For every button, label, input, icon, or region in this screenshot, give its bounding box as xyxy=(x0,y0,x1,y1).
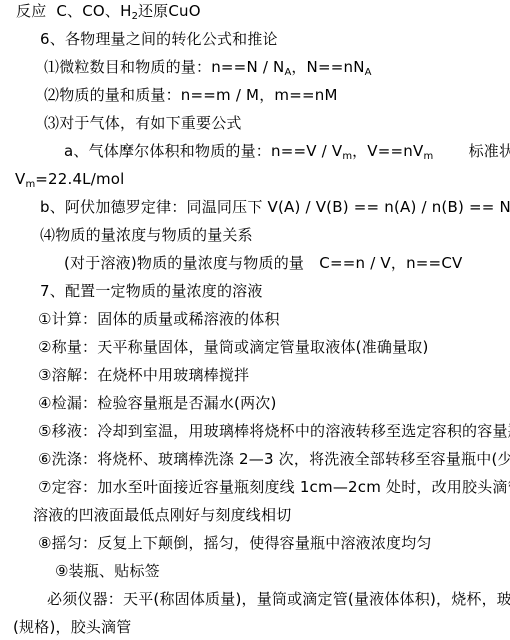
text-segment: ⑴微粒数目和物质的量：n==N / N xyxy=(44,58,284,76)
text-segment: ，N==nN xyxy=(291,58,364,76)
text-segment: 6、各物理量之间的转化公式和推论 xyxy=(40,30,278,48)
text-line: (对于溶液)物质的量浓度与物质的量 C==n / V，n==CV xyxy=(0,249,510,277)
text-segment: ③溶解：在烧杯中用玻璃棒搅拌 xyxy=(38,366,249,384)
text-segment: ⑨装瓶、贴标签 xyxy=(55,562,160,580)
subscript-text: m xyxy=(423,151,433,162)
text-line: ①计算：固体的质量或稀溶液的体积 xyxy=(0,305,510,333)
subscript-text: m xyxy=(342,151,352,162)
text-segment: ④检漏：检验容量瓶是否漏水(两次) xyxy=(38,394,277,412)
text-segment: 反应 C、CO、H xyxy=(16,2,132,20)
text-line: ⑷物质的量浓度与物质的量关系 xyxy=(0,221,510,249)
text-segment: V xyxy=(15,170,25,188)
document-body: 反应 C、CO、H2还原CuO6、各物理量之间的转化公式和推论⑴微粒数目和物质的… xyxy=(0,0,510,640)
text-line: ⑶对于气体，有如下重要公式 xyxy=(0,109,510,137)
text-segment: 标准状况下： xyxy=(433,142,510,160)
text-line: ⑥洗涤：将烧杯、玻璃棒洗涤 2—3 次，将洗液全部转移至容量瓶中(少量多次) xyxy=(0,445,510,473)
text-segment: ⑧摇匀：反复上下颠倒，摇匀，使得容量瓶中溶液浓度均匀 xyxy=(38,534,432,552)
text-segment: ⑥洗涤：将烧杯、玻璃棒洗涤 2—3 次，将洗液全部转移至容量瓶中(少量多次) xyxy=(38,450,510,468)
text-line: ⑦定容：加水至叶面接近容量瓶刻度线 1cm—2cm 处时，改用胶头滴管加蒸馏水至 xyxy=(0,473,510,501)
text-segment: ⑶对于气体，有如下重要公式 xyxy=(44,114,242,132)
text-segment: ⑷物质的量浓度与物质的量关系 xyxy=(40,226,253,244)
document-page: 反应 C、CO、H2还原CuO6、各物理量之间的转化公式和推论⑴微粒数目和物质的… xyxy=(0,0,510,640)
text-segment: a、气体摩尔体积和物质的量：n==V / V xyxy=(64,142,342,160)
text-segment: ⑵物质的量和质量：n==m / M，m==nM xyxy=(44,86,338,104)
text-line: ⑵物质的量和质量：n==m / M，m==nM xyxy=(0,81,510,109)
text-line: ⑤移液：冷却到室温，用玻璃棒将烧杯中的溶液转移至选定容积的容量瓶中 xyxy=(0,417,510,445)
text-segment: =22.4L/mol xyxy=(35,170,124,188)
subscript-text: m xyxy=(25,179,35,190)
text-segment: ⑤移液：冷却到室温，用玻璃棒将烧杯中的溶液转移至选定容积的容量瓶中 xyxy=(38,422,510,440)
text-line: ②称量：天平称量固体，量筒或滴定管量取液体(准确量取) xyxy=(0,333,510,361)
text-segment: 必须仪器：天平(称固体质量)，量筒或滴定管(量液体体积)，烧杯，玻璃棒，容量瓶 xyxy=(47,590,510,608)
text-segment: 还原CuO xyxy=(138,2,201,20)
text-line: ④检漏：检验容量瓶是否漏水(两次) xyxy=(0,389,510,417)
text-line: 必须仪器：天平(称固体质量)，量筒或滴定管(量液体体积)，烧杯，玻璃棒，容量瓶 xyxy=(0,585,510,613)
text-segment: ②称量：天平称量固体，量筒或滴定管量取液体(准确量取) xyxy=(38,338,429,356)
text-segment: 溶液的凹液面最低点刚好与刻度线相切 xyxy=(33,506,291,524)
text-line: 反应 C、CO、H2还原CuO xyxy=(0,0,510,25)
text-segment: (对于溶液)物质的量浓度与物质的量 C==n / V，n==CV xyxy=(64,254,462,272)
text-line: Vm=22.4L/mol xyxy=(0,165,510,193)
text-line: 6、各物理量之间的转化公式和推论 xyxy=(0,25,510,53)
subscript-text: A xyxy=(365,67,372,78)
text-segment: ，V==nV xyxy=(352,142,423,160)
text-line: ⑧摇匀：反复上下颠倒，摇匀，使得容量瓶中溶液浓度均匀 xyxy=(0,529,510,557)
text-segment: 7、配置一定物质的量浓度的溶液 xyxy=(40,282,263,300)
text-line: a、气体摩尔体积和物质的量：n==V / Vm，V==nVm 标准状况下： xyxy=(0,137,510,165)
text-segment: (规格)，胶头滴管 xyxy=(13,618,132,636)
text-line: ⑨装瓶、贴标签 xyxy=(0,557,510,585)
text-line: (规格)，胶头滴管 xyxy=(0,613,510,640)
text-segment: ⑦定容：加水至叶面接近容量瓶刻度线 1cm—2cm 处时，改用胶头滴管加蒸馏水至 xyxy=(38,478,510,496)
text-line: b、阿伏加德罗定律：同温同压下 V(A) / V(B) == n(A) / n(… xyxy=(0,193,510,221)
text-line: ⑴微粒数目和物质的量：n==N / NA，N==nNA xyxy=(0,53,510,81)
text-segment: b、阿伏加德罗定律：同温同压下 V(A) / V(B) == n(A) / n(… xyxy=(40,198,510,216)
text-line: 7、配置一定物质的量浓度的溶液 xyxy=(0,277,510,305)
text-line: ③溶解：在烧杯中用玻璃棒搅拌 xyxy=(0,361,510,389)
text-segment: ①计算：固体的质量或稀溶液的体积 xyxy=(38,310,280,328)
text-line: 溶液的凹液面最低点刚好与刻度线相切 xyxy=(0,501,510,529)
